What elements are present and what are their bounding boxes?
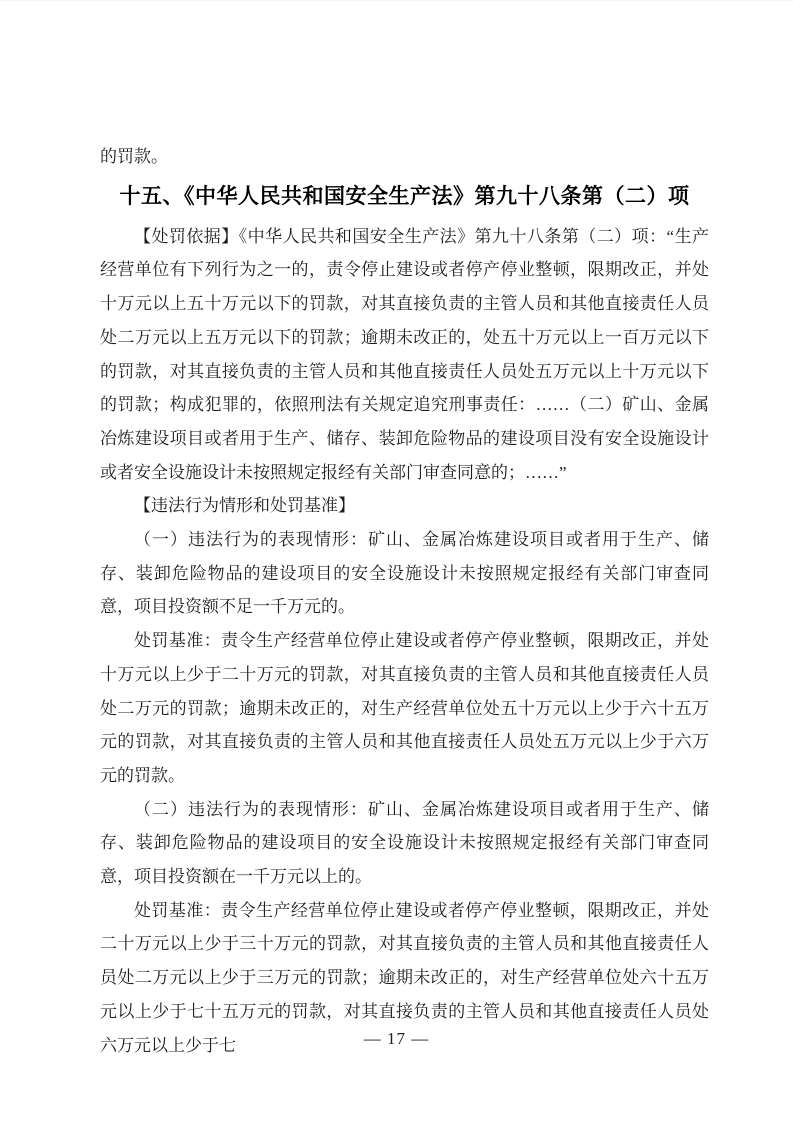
paragraph-situation-2: （二）违法行为的表现情形：矿山、金属冶炼建设项目或者用于生产、储存、装卸危险物品…	[100, 793, 709, 894]
page-body: 的罚款。 十五、《中华人民共和国安全生产法》第九十八条第（二）项 【处罚依据】《…	[100, 140, 709, 1062]
page-number: — 17 —	[0, 1027, 793, 1051]
document-page: 的罚款。 十五、《中华人民共和国安全生产法》第九十八条第（二）项 【处罚依据】《…	[0, 0, 793, 1122]
paragraph-situation-1: （一）违法行为的表现情形：矿山、金属冶炼建设项目或者用于生产、储存、装卸危险物品…	[100, 523, 709, 624]
paragraph-penalty-standard-1: 处罚基准：责令生产经营单位停止建设或者停产停业整顿，限期改正，并处十万元以上少于…	[100, 624, 709, 793]
section-heading: 十五、《中华人民共和国安全生产法》第九十八条第（二）项	[100, 174, 709, 220]
paragraph-standards-label: 【违法行为情形和处罚基准】	[100, 489, 709, 523]
continuation-text-line: 的罚款。	[100, 147, 168, 166]
continuation-text: 的罚款。	[100, 140, 709, 174]
paragraph-penalty-basis: 【处罚依据】《中华人民共和国安全生产法》第九十八条第（二）项：“生产经营单位有下…	[100, 220, 709, 490]
